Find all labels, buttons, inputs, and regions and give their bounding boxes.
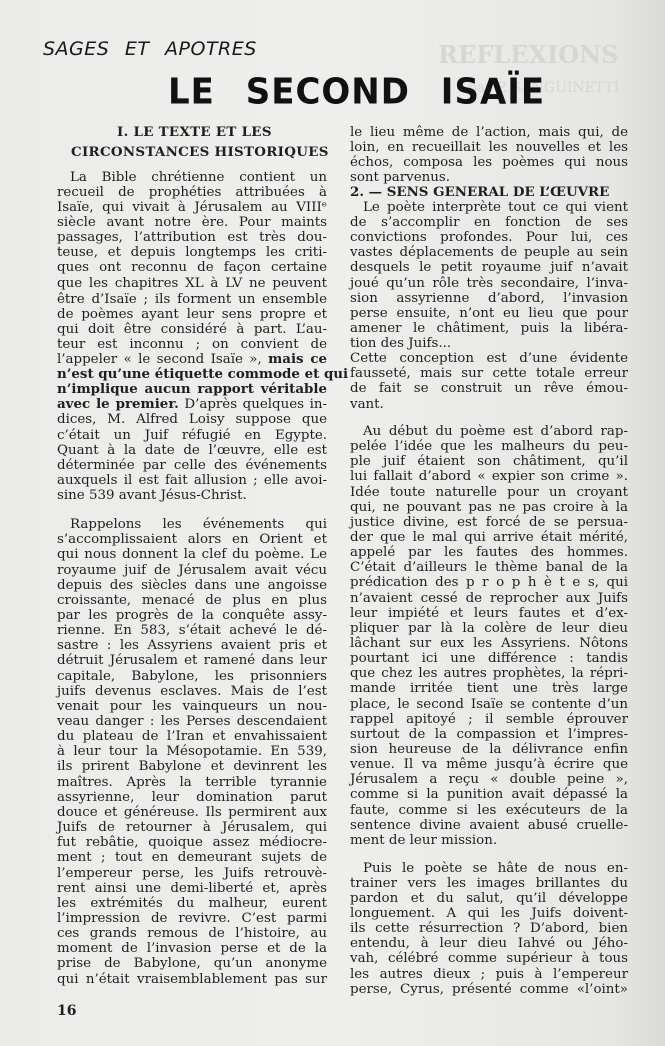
series-label: SAGES ET APOTRES — [43, 38, 257, 60]
text-line: royaume juif de Jérusalem avait vécu — [57, 563, 327, 578]
section-heading-1-line1: I. LE TEXTE ET LES — [117, 125, 272, 140]
text-line: leur impiété et leurs fautes et d’ex- — [350, 606, 628, 621]
text-line: vah, célébré comme supérieur à tous — [350, 951, 628, 966]
text-line: que les chapitres XL à LV ne peuvent — [57, 276, 327, 291]
text-line: comme si la punition avait dépassé la — [350, 787, 628, 802]
text-line: Jérusalem a reçu « double peine », — [350, 772, 628, 787]
text-line: venait pour les vainqueurs un nou- — [57, 699, 327, 714]
text-line: prise de Babylone, qu’un anonyme — [57, 956, 327, 971]
text-line: croissante, menacé de plus en plus — [57, 593, 327, 608]
text-line: place, le second Isaïe se contente d’un — [350, 697, 628, 712]
text-line: teur est inconnu ; on convient de — [57, 337, 327, 352]
bold-text-line: n’est qu’une étiquette commode et qui — [57, 367, 327, 382]
text-line: maîtres. Après la terrible tyrannie — [57, 775, 327, 790]
section-heading-1-line2: CIRCONSTANCES HISTORIQUES — [71, 145, 329, 160]
text-line: de fait se construit un rêve émou- — [350, 381, 628, 396]
text-line: Au début du poème est d’abord rap- — [350, 424, 628, 439]
text-line: Le poète interprète tout ce qui vient — [350, 200, 628, 215]
text-line: Idée toute naturelle pour un croyant — [350, 485, 628, 500]
text-line: c’était un Juif réfugié en Egypte. — [57, 428, 327, 443]
text-line: prédication des p r o p h è t e s, qui — [350, 575, 628, 590]
text-line: sion assyrienne d’abord, l’invasion — [350, 291, 628, 306]
text-line: teuse, et depuis longtemps les criti- — [57, 245, 327, 260]
text-line: perse, Cyrus, présenté comme «l’oint» — [350, 982, 628, 997]
text-line: depuis des siècles dans une angoisse — [57, 578, 327, 593]
text-line: dices, M. Alfred Loisy suppose que — [57, 412, 327, 427]
text-line: pourtant ici une différence : tandis — [350, 651, 628, 666]
text-line: ces grands remous de l’histoire, au — [57, 926, 327, 941]
text-line: entendu, à leur dieu Iahvé ou Jého- — [350, 936, 628, 951]
text-line: perse ensuite, n’ont eu lieu que pour — [350, 306, 628, 321]
bold-text-line: n’implique aucun rapport véritable — [57, 382, 327, 397]
text-line: Puis le poète se hâte de nous en- — [350, 861, 628, 876]
text-line: les autres dieux ; puis à l’empereur — [350, 967, 628, 982]
text-line: Juifs de retourner à Jérusalem, qui — [57, 820, 327, 835]
text-line: C’était d’ailleurs le thème banal de la — [350, 560, 628, 575]
text-line: l’appeler « le second Isaïe », mais ce — [57, 352, 327, 367]
text-line: joué qu’un rôle très secondaire, l’inva- — [350, 276, 628, 291]
text-line: longuement. A qui les Juifs doivent- — [350, 906, 628, 921]
text-line: siècle avant notre ère. Pour maints — [57, 215, 327, 230]
text-line: qui, ne pouvant pas ne pas croire à la — [350, 500, 628, 515]
text-line: à leur tour la Mésopotamie. En 539, — [57, 744, 327, 759]
text-line: qui doit être considéré à part. L’au- — [57, 322, 327, 337]
text-line: ple juif étaient son châtiment, qu’il — [350, 454, 628, 469]
text-line: ils prirent Babylone et devinrent les — [57, 759, 327, 774]
scanned-page: REFLEXIONS par P. SANGUINETTI SAGES ET A… — [0, 0, 665, 1046]
text-line: rent ainsi une demi-liberté et, après — [57, 881, 327, 896]
text-line: der que le mal qui arrive était mérité, — [350, 530, 628, 545]
text-line: pelée l’idée que les malheurs du peu- — [350, 439, 628, 454]
text-line: lui fallait d’abord « expier son crime »… — [350, 469, 628, 484]
text-line: convictions profondes. Pour lui, ces — [350, 230, 628, 245]
text-line: Isaïe, qui vivait à Jérusalem au VIIIᵉ — [57, 200, 327, 215]
text-line: du plateau de l’Iran et envahissaient — [57, 729, 327, 744]
text-line: venue. Il va même jusqu’à écrire que — [350, 757, 628, 772]
text-line: sion heureuse de la délivrance enfin — [350, 742, 628, 757]
text-line: détruit Jérusalem et ramené dans leur — [57, 653, 327, 668]
text-line: surtout de la compassion et l’impres- — [350, 727, 628, 742]
text-line: capitale, Babylone, les prisonniers — [57, 669, 327, 684]
text-line: assyrienne, leur domination parut — [57, 790, 327, 805]
text-line: pardon et du salut, qu’il développe — [350, 891, 628, 906]
text-line: tion des Juifs... — [350, 336, 628, 351]
text-line: qui n’était vraisemblablement pas sur — [57, 972, 327, 987]
bold-fragment: avec le premier. — [57, 396, 179, 412]
text-line: La Bible chrétienne contient un — [57, 170, 327, 185]
text-line: sont parvenus. — [350, 170, 628, 185]
bold-fragment: mais ce — [268, 351, 327, 367]
text-line: desquels le petit royaume juif n’avait — [350, 260, 628, 275]
text-line: mande irritée tient une très large — [350, 681, 628, 696]
text-line: loin, en recueillait les nouvelles et le… — [350, 140, 628, 155]
text-line: de poèmes ayant leur sens propre et — [57, 307, 327, 322]
text-line: auxquels il est fait allusion ; elle avo… — [57, 473, 327, 488]
text-line: Rappelons les événements qui — [57, 517, 327, 532]
text-line: sastre : les Assyriens avaient pris et — [57, 638, 327, 653]
bleed-through-title: REFLEXIONS — [438, 40, 618, 69]
text-line: pliquer par là la colère de leur dieu — [350, 621, 628, 636]
text-line: appelé par les fautes des hommes. — [350, 545, 628, 560]
text-line: l’empereur perse, les Juifs retrouvè- — [57, 866, 327, 881]
text-line: Cette conception est d’une évidente — [350, 351, 628, 366]
text-line: lâchant sur eux les Assyriens. Nôtons — [350, 636, 628, 651]
text-line: être d’Isaïe ; ils forment un ensemble — [57, 292, 327, 307]
text-line: vant. — [350, 397, 628, 412]
text-line: les extrémités du malheur, eurent — [57, 896, 327, 911]
text-line: que chez les autres prophètes, la répri- — [350, 666, 628, 681]
text-line: vastes déplacements de peuple au sein — [350, 245, 628, 260]
text-line: justice divine, est forcé de se persua- — [350, 515, 628, 530]
text-line: fausseté, mais sur cette totale erreur — [350, 366, 628, 381]
text-line: juifs devenus esclaves. Mais de l’est — [57, 684, 327, 699]
section-heading-2: 2. — SENS GENERAL DE L’ŒUVRE — [350, 185, 628, 200]
text-line: l’impression de revivre. C’est parmi — [57, 911, 327, 926]
text-line: trainer vers les images brillantes du — [350, 876, 628, 891]
text-line: sentence divine avaient abusé cruelle- — [350, 818, 628, 833]
text-line: par les progrès de la conquête assy- — [57, 608, 327, 623]
text-line: ment ; tout en demeurant sujets de — [57, 850, 327, 865]
text-line: moment de l’invasion perse et de la — [57, 941, 327, 956]
text-line: avec le premier. D’après quelques in- — [57, 397, 327, 412]
text-line: fut rebâtie, quoique assez médiocre- — [57, 835, 327, 850]
text-line: sine 539 avant Jésus-Christ. — [57, 488, 327, 503]
text-line: passages, l’attribution est très dou- — [57, 230, 327, 245]
article-title: LE SECOND ISAÏE — [168, 71, 545, 113]
text-line: de s’accomplir en fonction de ses — [350, 215, 628, 230]
page-number: 16 — [57, 1003, 76, 1019]
text-line: le lieu même de l’action, mais qui, de — [350, 125, 628, 140]
text-line: veau danger : les Perses descendaient — [57, 714, 327, 729]
text-line: recueil de prophéties attribuées à — [57, 185, 327, 200]
text-line: ment de leur mission. — [350, 833, 628, 848]
text-line: s’accomplissaient alors en Orient et — [57, 532, 327, 547]
text-line: faute, comme si les exécuteurs de la — [350, 803, 628, 818]
text-fragment: l’appeler « le second Isaïe », — [57, 352, 268, 367]
text-line: échos, composa les poèmes qui nous — [350, 155, 628, 170]
text-line: qui nous donnent la clef du poème. Le — [57, 547, 327, 562]
text-fragment: D’après quelques in- — [179, 397, 327, 412]
text-line: déterminée par celle des événements — [57, 458, 327, 473]
text-line: douce et généreuse. Ils permirent aux — [57, 805, 327, 820]
text-line: amener le châtiment, puis la libéra- — [350, 321, 628, 336]
text-line: n’avaient cessé de reprocher aux Juifs — [350, 591, 628, 606]
text-line: Quant à la date de l’œuvre, elle est — [57, 443, 327, 458]
text-line: ils cette résurrection ? D’abord, bien — [350, 921, 628, 936]
text-line: rappel apitoyé ; il semble éprouver — [350, 712, 628, 727]
text-line: ques ont reconnu de façon certaine — [57, 260, 327, 275]
text-line: rienne. En 583, s’était achevé le dé- — [57, 623, 327, 638]
